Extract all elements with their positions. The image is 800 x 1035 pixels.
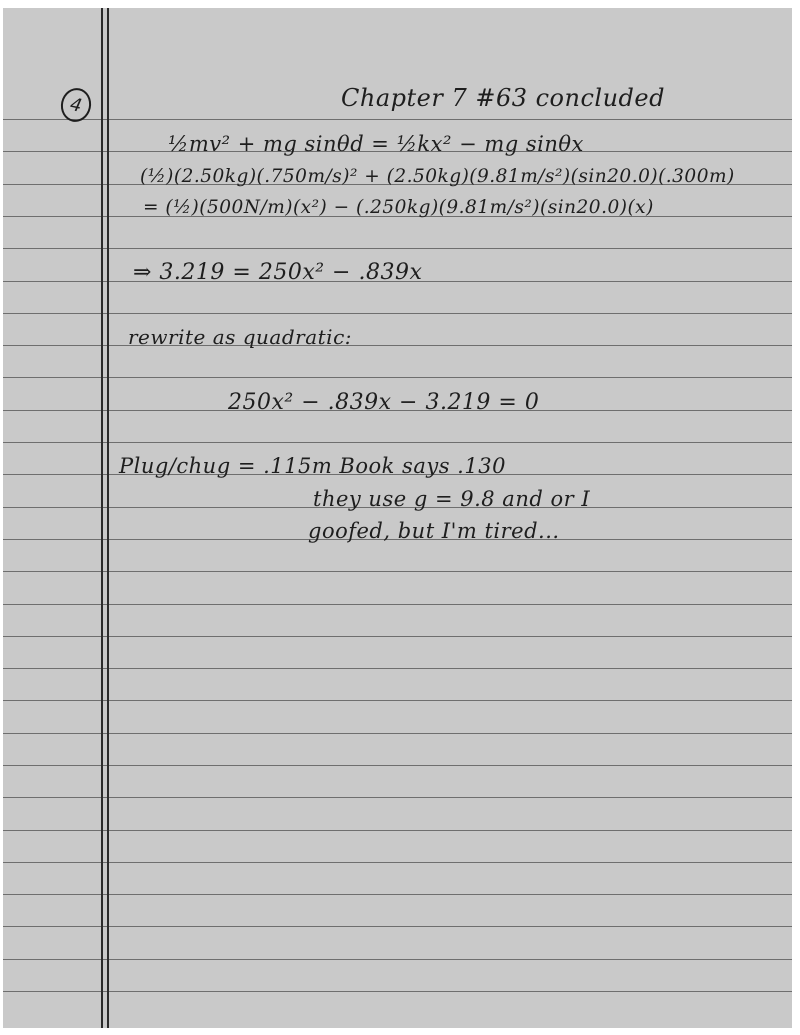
problem-number: 4 <box>68 94 84 117</box>
ruled-line <box>3 345 792 346</box>
ruled-line <box>3 830 792 831</box>
quadratic-equation: 250x² − .839x − 3.219 = 0 <box>228 390 539 415</box>
ruled-line <box>3 765 792 766</box>
ruled-line <box>3 668 792 669</box>
ruled-line <box>3 926 792 927</box>
simplified-equation: ⇒ 3.219 = 250x² − .839x <box>133 260 422 285</box>
page-title: Chapter 7 #63 concluded <box>341 84 665 112</box>
ruled-line <box>3 733 792 734</box>
ruled-line <box>3 571 792 572</box>
note-line-2: goofed, but I'm tired... <box>308 519 560 543</box>
ruled-line <box>3 862 792 863</box>
energy-equation: ½mv² + mg sinθd = ½kx² − mg sinθx <box>168 132 584 156</box>
ruled-line <box>3 959 792 960</box>
margin-line-left <box>101 8 103 1028</box>
substitution-line-1: (½)(2.50kg)(.750m/s)² + (2.50kg)(9.81m/s… <box>140 166 735 187</box>
margin-line-right <box>107 8 109 1028</box>
substitution-line-2: = (½)(500N/m)(x²) − (.250kg)(9.81m/s²)(s… <box>143 197 654 218</box>
ruled-line <box>3 604 792 605</box>
note-line-1: they use g = 9.8 and or I <box>313 487 590 511</box>
ruled-line <box>3 377 792 378</box>
ruled-line <box>3 991 792 992</box>
ruled-line <box>3 248 792 249</box>
ruled-line <box>3 797 792 798</box>
ruled-line <box>3 119 792 120</box>
ruled-line <box>3 894 792 895</box>
result-line: Plug/chug = .115m Book says .130 <box>119 454 506 478</box>
ruled-line <box>3 313 792 314</box>
ruled-line <box>3 700 792 701</box>
notebook-page: 4 Chapter 7 #63 concluded ½mv² + mg sinθ… <box>3 8 792 1028</box>
ruled-line <box>3 442 792 443</box>
ruled-line <box>3 636 792 637</box>
rewrite-label: rewrite as quadratic: <box>128 325 352 349</box>
